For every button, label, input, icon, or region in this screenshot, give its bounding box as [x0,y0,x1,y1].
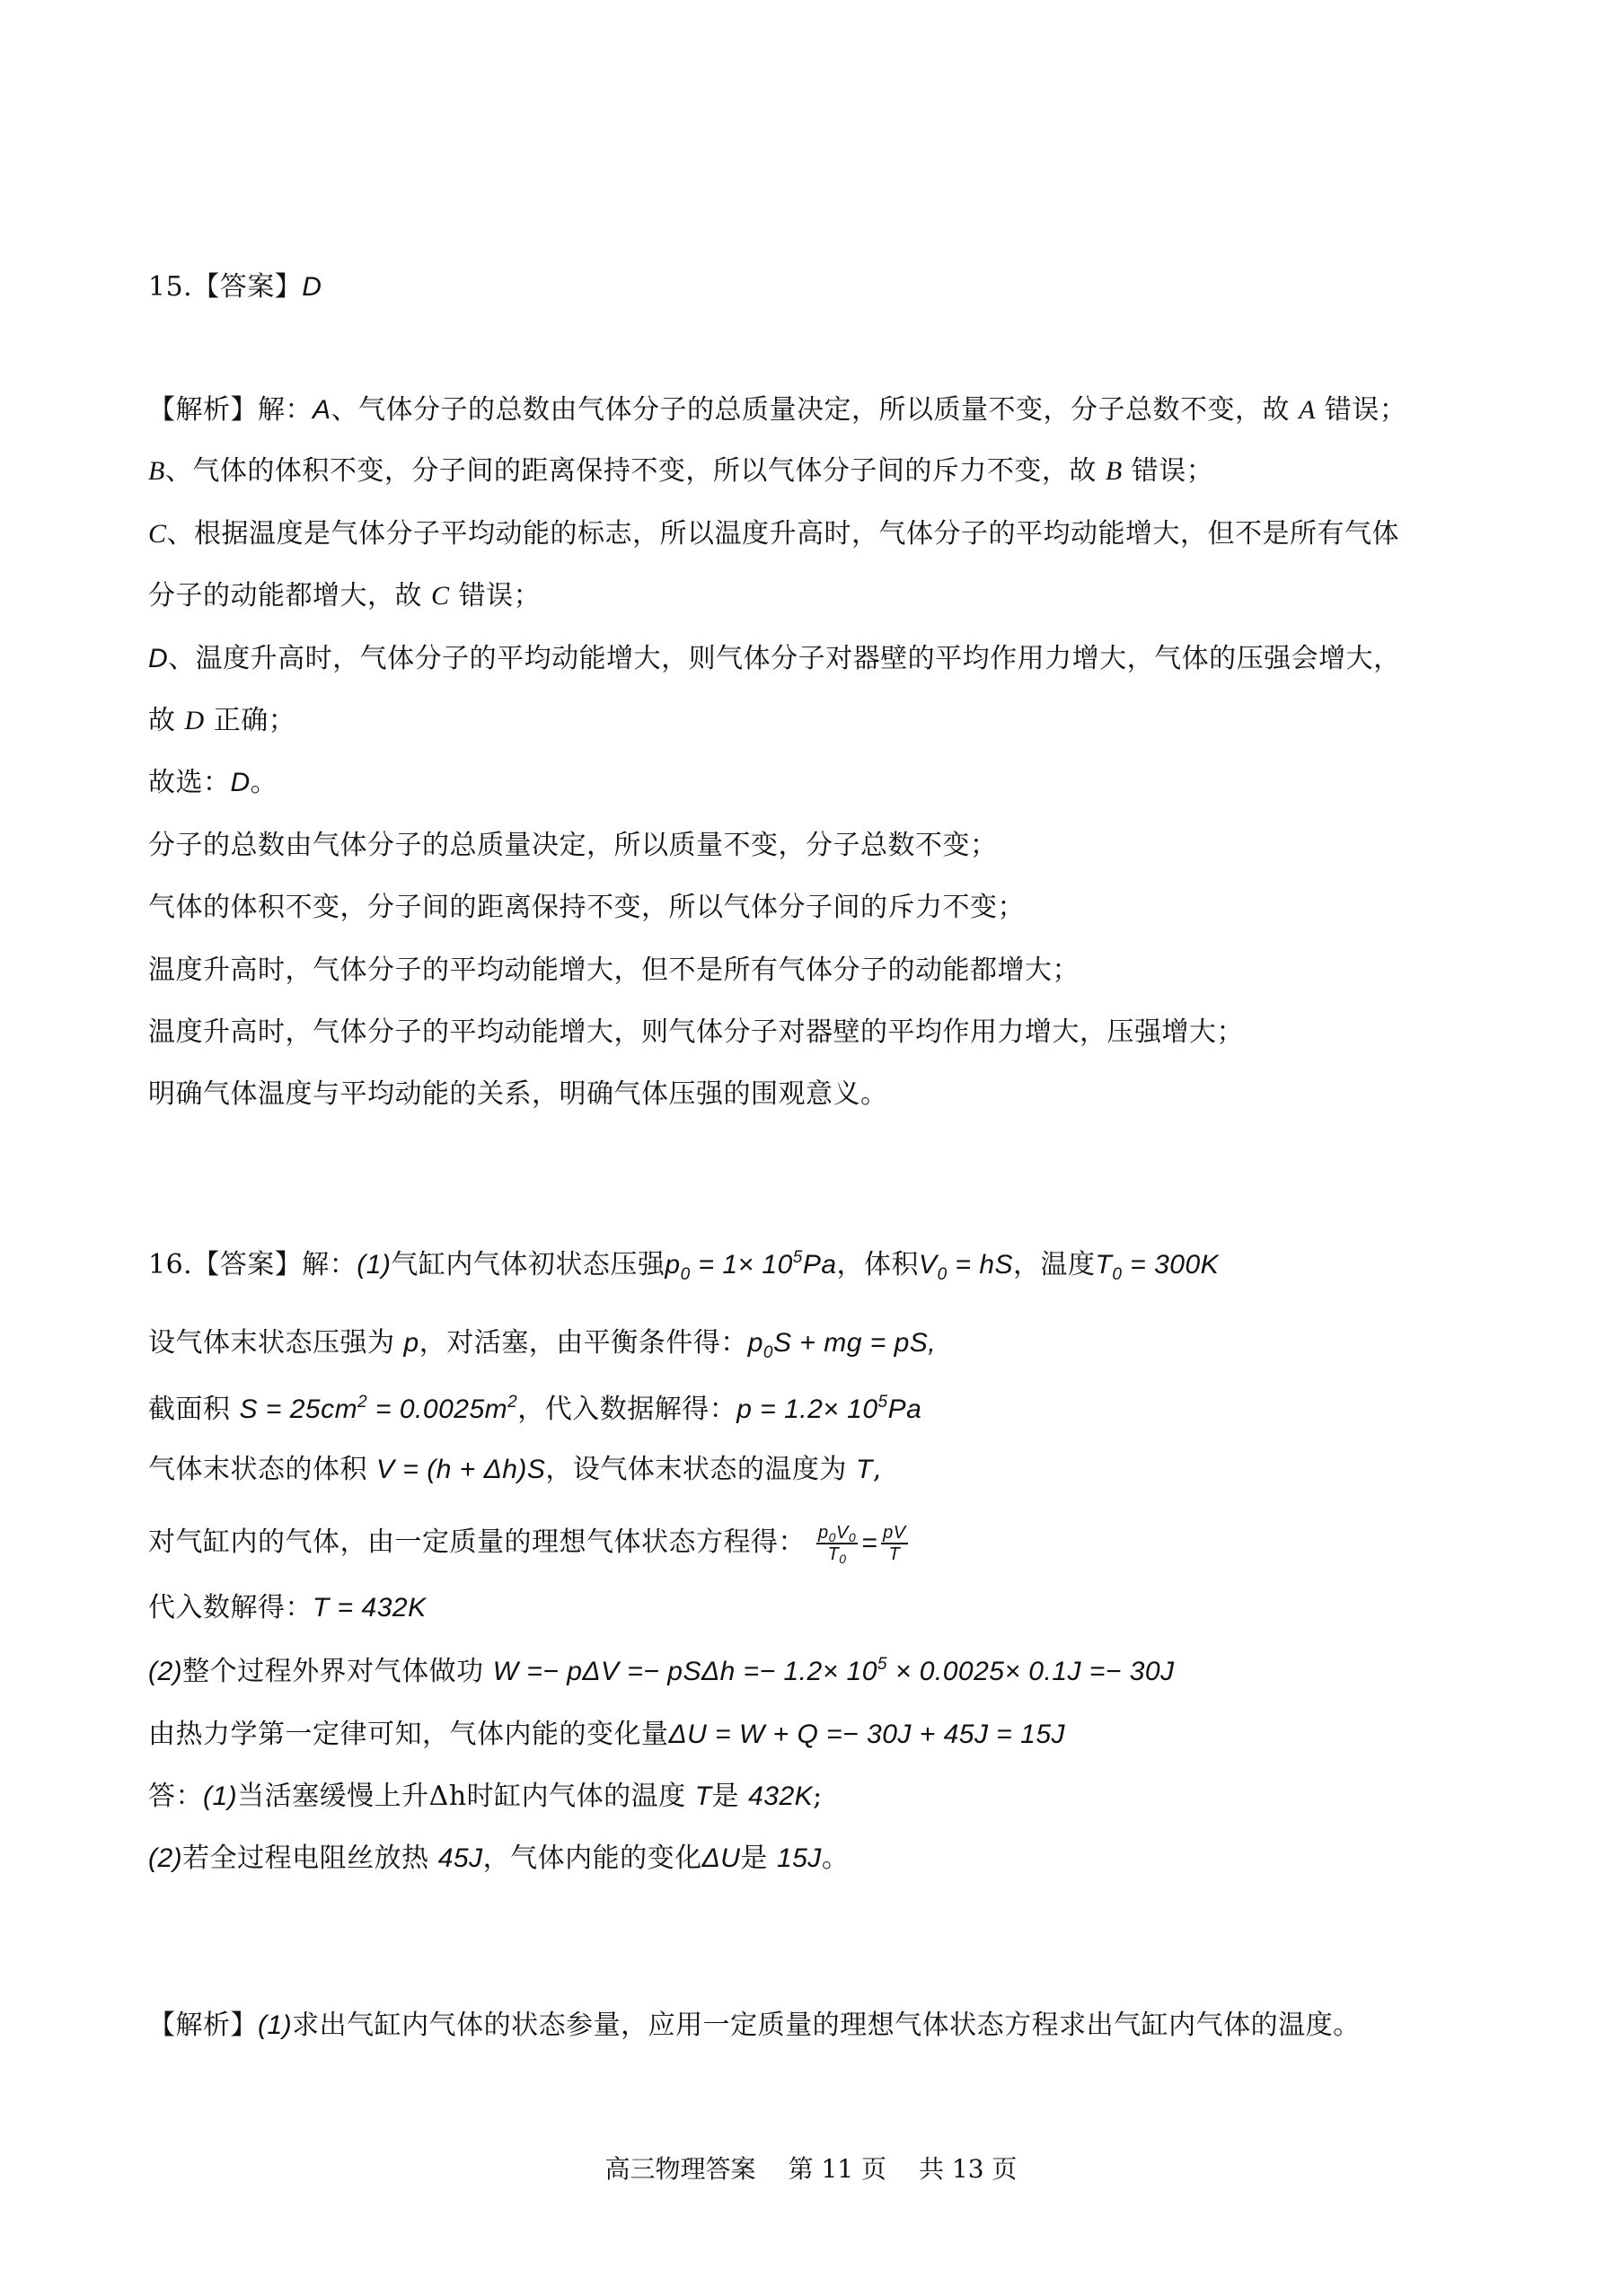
analysis-text: 故 [148,705,185,736]
solution-text: 代入数解得： [148,1592,313,1623]
analysis-label: 【解析】 [148,2010,258,2041]
answer-label: 【答案】 [192,1249,302,1280]
punctuation: ; [813,1781,823,1812]
solution-text: 是 [740,1843,777,1874]
option-label: C [431,581,450,611]
solution-text: 截面积 [148,1394,240,1425]
result-temperature: T = 432K [313,1593,427,1623]
q15-analysis-line-5: D、温度升高时，气体分子的平均动能增大，则气体分子对器壁的平均作用力增大，气体的… [148,641,1401,677]
q15-choice-line: 故选：D。 [148,765,278,801]
q15-summary-line-3: 温度升高时，气体分子的平均动能增大，但不是所有气体分子的动能都增大； [148,953,1080,989]
solution-text: ，设气体末状态的温度为 [545,1454,856,1485]
solution-prefix: 解： [302,1249,357,1280]
q15-summary-line-1: 分子的总数由气体分子的总质量决定，所以质量不变，分子总数不变； [148,828,998,864]
solution-text: 设气体末状态压强为 [148,1327,404,1359]
solution-text: 答： [148,1781,203,1812]
option-label: A [1299,395,1316,425]
analysis-text: 、气体分子的总数由气体分子的总质量决定，所以质量不变，分子总数不变，故 [331,394,1300,426]
formula-work: W =− pΔV =− pSΔh =− 1.2× 105 × 0.0025× 0… [493,1657,1175,1686]
punctuation: , [873,1454,882,1485]
analysis-text: 故选： [148,767,231,798]
part-label: (1) [258,2010,292,2040]
solution-text: 气缸内气体初状态压强 [391,1249,665,1280]
solution-text: 当活塞缓慢上升Δh时缸内气体的温度 [237,1781,695,1812]
fraction-right: pV T [881,1523,907,1564]
answer-label: 【答案】 [192,271,302,303]
q16-line-6: 代入数解得：T = 432K [148,1590,427,1626]
q16-line-8: 由热力学第一定律可知，气体内能的变化量ΔU = W + Q =− 30J + 4… [148,1717,1065,1753]
analysis-text: 、根据温度是气体分子平均动能的标志，所以温度升高时，气体分子的平均动能增大，但不… [167,518,1400,550]
analysis-text: 正确； [205,705,296,736]
solution-text: 整个过程外界对气体做功 [182,1656,493,1687]
option-label: D [185,706,205,735]
punctuation: 。 [822,1843,850,1874]
q15-analysis-line-1: 【解析】解：A、气体分子的总数由气体分子的总质量决定，所以质量不变，分子总数不变… [148,392,1406,428]
result-value: 45J [438,1843,483,1873]
analysis-label: 【解析】 [148,394,258,426]
analysis-prefix: 解： [258,394,313,426]
page-total: 共 13 页 [919,2154,1017,2184]
solution-text: 若全过程电阻丝放热 [182,1843,438,1874]
fraction-left: p0V0 T0 [816,1523,858,1564]
q15-analysis-line-2: B、气体的体积不变，分子间的距离保持不变，所以气体分子间的斥力不变，故 B 错误… [148,453,1213,489]
analysis-text: 错误； [1316,394,1407,426]
q16-analysis: 【解析】(1)求出气缸内气体的状态参量，应用一定质量的理想气体状态方程求出气缸内… [148,2008,1361,2044]
question-number: 16. [148,1249,192,1280]
option-label: C [148,519,167,549]
formula-t0: T0 = 300K [1096,1250,1220,1280]
result-value: 432K [748,1781,813,1811]
part-label: (1) [357,1250,391,1280]
q16-line-9: 答：(1)当活塞缓慢上升Δh时缸内气体的温度 T是 432K; [148,1779,823,1815]
page-number: 第 11 页 [789,2154,886,2184]
part-label: (2) [148,1657,182,1686]
question-number: 15. [148,271,192,303]
q15-analysis-line-3: C、根据温度是气体分子平均动能的标志，所以温度升高时，气体分子的平均动能增大，但… [148,516,1399,552]
q15-summary-line-2: 气体的体积不变，分子间的距离保持不变，所以气体分子间的斥力不变； [148,890,1025,926]
formula-first-law: ΔU = W + Q =− 30J + 45J = 15J [669,1720,1066,1749]
solution-text: ，代入数据解得： [517,1394,736,1425]
solution-text: 由热力学第一定律可知，气体内能的变化量 [148,1719,669,1750]
q16-line-4: 气体末状态的体积 V = (h + Δh)S，设气体末状态的温度为 T, [148,1452,882,1488]
analysis-text: 、气体的体积不变，分子间的距离保持不变，所以气体分子间的斥力不变，故 [165,455,1106,487]
q16-line-7: (2)整个过程外界对气体做功 W =− pΔV =− pSΔh =− 1.2× … [148,1654,1175,1690]
q15-heading: 15.【答案】D [148,269,322,305]
formula-p0: p0 = 1× 105Pa [665,1250,836,1280]
solution-text: 对气缸内的气体，由一定质量的理想气体状态方程得： [148,1526,806,1558]
option-label: B [1106,456,1123,486]
q16-heading: 16.【答案】解：(1)气缸内气体初状态压强p0 = 1× 105Pa，体积V0… [148,1247,1219,1283]
document-title: 高三物理答案 [605,2154,756,2184]
option-label: B [148,456,165,486]
variable-t: T [695,1781,712,1811]
formula-volume: V = (h + Δh)S [376,1455,545,1484]
variable-p: p [404,1328,419,1358]
variable-t: T [856,1455,873,1484]
formula-area: S = 25cm2 = 0.0025m2 [240,1394,518,1424]
q16-line-3: 截面积 S = 25cm2 = 0.0025m2，代入数据解得：p = 1.2×… [148,1392,921,1428]
analysis-text: 、温度升高时，气体分子的平均动能增大，则气体分子对器壁的平均作用力增大，气体的压… [168,643,1401,674]
formula-pressure: p = 1.2× 105Pa [736,1394,921,1424]
formula-equilibrium: p0S + mg = pS, [748,1328,936,1358]
formula-v0: V0 = hS [919,1250,1013,1280]
q15-summary-line-5: 明确气体温度与平均动能的关系，明确气体压强的围观意义。 [148,1077,888,1113]
analysis-text: 错误； [450,580,542,611]
solution-text: ，体积 [837,1249,920,1280]
solution-text: 是 [712,1781,749,1812]
page-footer: 高三物理答案第 11 页共 13 页 [0,2153,1622,2186]
q16-line-5: 对气缸内的气体，由一定质量的理想气体状态方程得： p0V0 T0 = pV T [148,1516,910,1570]
answer-value: D [302,272,322,302]
q15-analysis-line-6: 故 D 正确； [148,703,295,739]
analysis-text: 。 [251,767,278,798]
analysis-text: 错误； [1123,455,1214,487]
variable-delta-u: ΔU [702,1843,741,1873]
option-label: A [313,395,331,425]
result-value: 15J [777,1843,822,1873]
solution-text: ，温度 [1013,1249,1096,1280]
q16-line-2: 设气体末状态压强为 p，对活塞，由平衡条件得：p0S + mg = pS, [148,1325,936,1361]
solution-text: 气体末状态的体积 [148,1454,376,1485]
q15-summary-line-4: 温度升高时，气体分子的平均动能增大，则气体分子对器壁的平均作用力增大，压强增大； [148,1015,1244,1051]
solution-text: ，气体内能的变化 [483,1843,702,1874]
option-label: D [231,768,251,797]
equals-sign: = [861,1528,877,1558]
q15-analysis-line-4: 分子的动能都增大，故 C 错误； [148,578,541,614]
solution-text: ，对活塞，由平衡条件得： [419,1327,748,1359]
q16-line-10: (2)若全过程电阻丝放热 45J，气体内能的变化ΔU是 15J。 [148,1841,849,1877]
part-label: (2) [148,1843,182,1873]
analysis-text: 分子的动能都增大，故 [148,580,431,611]
analysis-text: 求出气缸内气体的状态参量，应用一定质量的理想气体状态方程求出气缸内气体的温度。 [292,2010,1361,2041]
option-label: D [148,644,168,673]
part-label: (1) [203,1781,237,1811]
